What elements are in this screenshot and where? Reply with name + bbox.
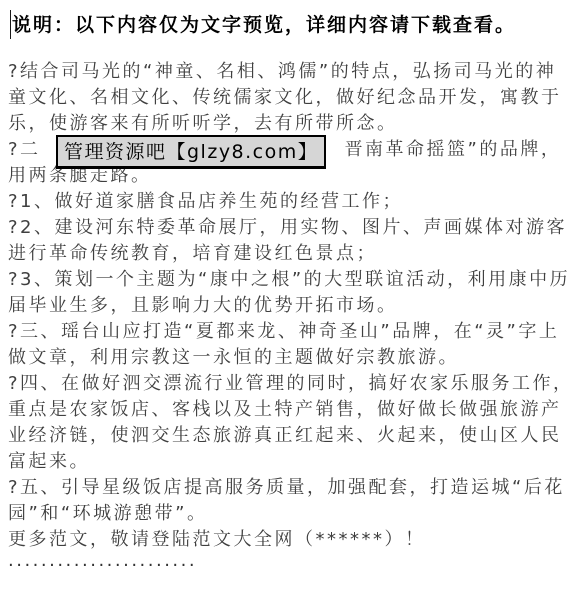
ellipsis-row: ······················· xyxy=(8,553,574,579)
preview-body: ?结合司马光的“神童、名相、鸿儒”的特点，弘扬司马光的神童文化、名相文化、传统儒… xyxy=(8,59,574,579)
paragraph-item-1: ?1、做好道家膳食品店养生苑的经营工作； xyxy=(8,189,574,215)
paragraph-section-4: ?四、在做好泗交漂流行业管理的同时，搞好农家乐服务工作，重点是农家饭店、客栈以及… xyxy=(8,371,574,475)
paragraph-with-watermark: ?二晋南革命摇篮”的品牌，用两条腿走路。管理资源吧【glzy8.com】 xyxy=(8,137,574,189)
watermark-badge[interactable]: 管理资源吧【glzy8.com】 xyxy=(56,135,326,169)
footer-note: 更多范文，敬请登陆范文大全网（******）！ xyxy=(8,527,574,553)
paragraph-prefix: ?二 xyxy=(8,139,41,160)
preview-notice-row: 说明：以下内容仅为文字预览，详细内容请下载查看。 xyxy=(10,12,574,39)
text-caret xyxy=(10,10,11,39)
paragraph-item-3: ?3、策划一个主题为“康中之根”的大型联谊活动，利用康中历届毕业生多，且影响力大… xyxy=(8,267,574,319)
paragraph-section-3: ?三、瑶台山应打造“夏都来龙、神奇圣山”品牌，在“灵”字上做文章，利用宗教这一永… xyxy=(8,319,574,371)
paragraph-section-5: ?五、引导星级饭店提高服务质量，加强配套，打造运城“后花园”和“环城游憩带”。 xyxy=(8,475,574,527)
paragraph-item-2: ?2、建设河东特委革命展厅，用实物、图片、声画媒体对游客进行革命传统教育，培育建… xyxy=(8,215,574,267)
document-preview: 说明：以下内容仅为文字预览，详细内容请下载查看。 ?结合司马光的“神童、名相、鸿… xyxy=(0,0,578,579)
paragraph-simagung-intro: ?结合司马光的“神童、名相、鸿儒”的特点，弘扬司马光的神童文化、名相文化、传统儒… xyxy=(8,59,574,137)
preview-notice: 说明：以下内容仅为文字预览，详细内容请下载查看。 xyxy=(10,14,516,36)
